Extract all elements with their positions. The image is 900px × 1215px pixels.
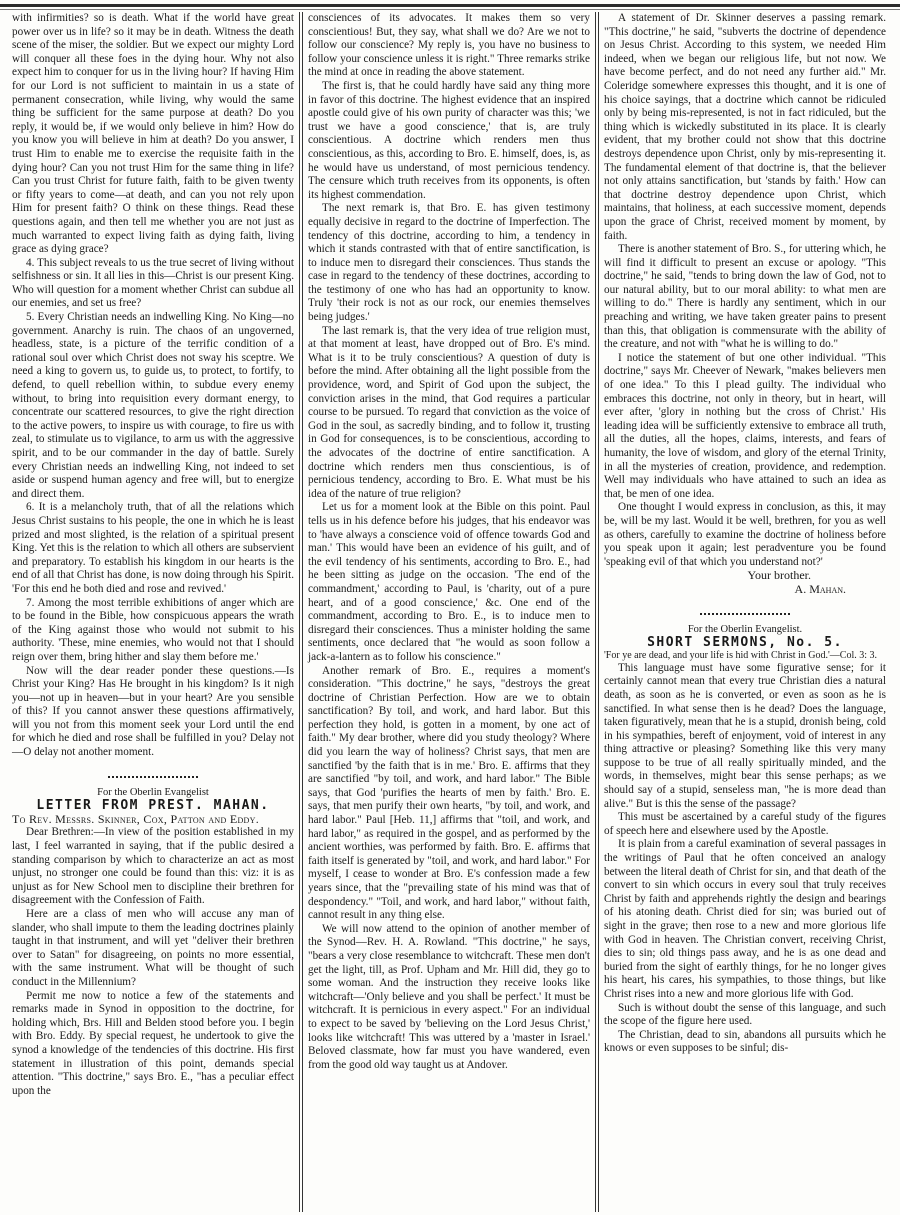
paragraph: There is another statement of Bro. S., f…	[604, 243, 886, 352]
paragraph: Here are a class of men who will accuse …	[12, 908, 294, 990]
paragraph: Dear Brethren:—In view of the position e…	[12, 826, 294, 908]
paragraph: A statement of Dr. Skinner deserves a pa…	[604, 12, 886, 243]
top-rule-thin	[0, 9, 900, 10]
paragraph: The Christian, dead to sin, abandons all…	[604, 1029, 886, 1056]
article-source: For the Oberlin Evangelist.	[604, 623, 886, 637]
column-3: A statement of Dr. Skinner deserves a pa…	[600, 12, 890, 1212]
paragraph: The next remark is, that Bro. E. has giv…	[308, 202, 590, 324]
paragraph: One thought I would express in conclusio…	[604, 501, 886, 569]
column-separator	[299, 12, 303, 1212]
paragraph: 6. It is a melancholy truth, that of all…	[12, 501, 294, 596]
article-headline: LETTER FROM PREST. MAHAN.	[12, 799, 294, 813]
top-rule	[0, 4, 900, 7]
column-2: consciences of its advocates. It makes t…	[304, 12, 594, 1212]
section-divider	[108, 772, 198, 778]
paragraph: Permit me now to notice a few of the sta…	[12, 990, 294, 1099]
paragraph: Another remark of Bro. E., requires a mo…	[308, 665, 590, 923]
paragraph: Now will the dear reader ponder these qu…	[12, 665, 294, 760]
column-1: with infirmities? so is death. What if t…	[8, 12, 298, 1212]
column-separator	[595, 12, 599, 1212]
article-source: For the Oberlin Evangelist	[12, 786, 294, 800]
paragraph: This must be ascertained by a careful st…	[604, 811, 886, 838]
paragraph: I notice the statement of but one other …	[604, 352, 886, 502]
paragraph: with infirmities? so is death. What if t…	[12, 12, 294, 257]
paragraph: This language must have some figurative …	[604, 662, 886, 812]
paragraph: The last remark is, that the very idea o…	[308, 325, 590, 502]
paragraph: It is plain from a careful examination o…	[604, 838, 886, 1001]
signoff-closing: Your brother.	[604, 569, 886, 583]
paragraph: consciences of its advocates. It makes t…	[308, 12, 590, 80]
newspaper-columns: with infirmities? so is death. What if t…	[8, 12, 892, 1212]
article-addressee: To Rev. Messrs. Skinner, Cox, Patton and…	[12, 813, 294, 827]
section-divider	[700, 609, 790, 615]
article-epigraph: 'For ye are dead, and your life is hid w…	[604, 650, 886, 662]
article-headline: SHORT SERMONS, No. 5.	[604, 636, 886, 650]
paragraph: Let us for a moment look at the Bible on…	[308, 501, 590, 664]
paragraph: We will now attend to the opinion of ano…	[308, 923, 590, 1073]
paragraph: 5. Every Christian needs an indwelling K…	[12, 311, 294, 501]
paragraph: 4. This subject reveals to us the true s…	[12, 257, 294, 311]
paragraph: 7. Among the most terrible exhibitions o…	[12, 597, 294, 665]
signoff-name: A. Mahan.	[604, 583, 886, 597]
paragraph: The first is, that he could hardly have …	[308, 80, 590, 202]
paragraph: Such is without doubt the sense of this …	[604, 1002, 886, 1029]
